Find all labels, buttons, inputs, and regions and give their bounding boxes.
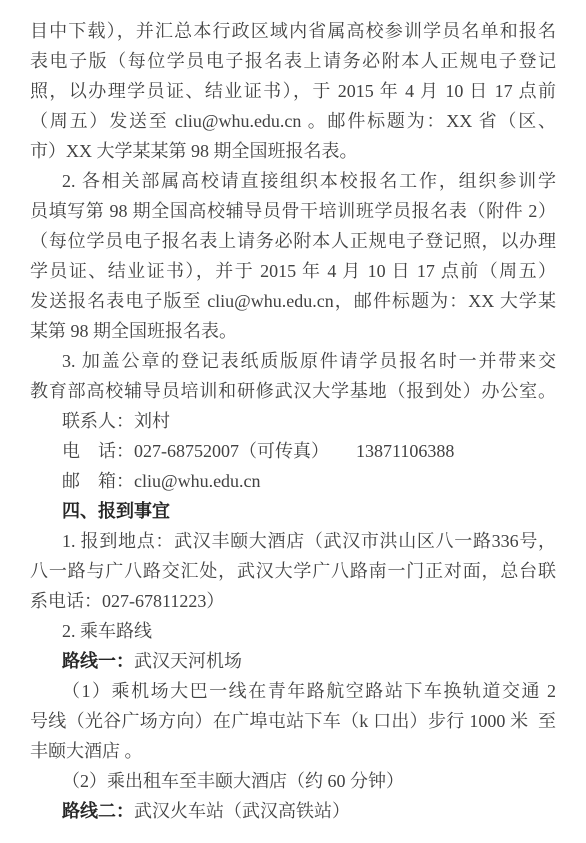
text-line: （每位学员电子报名表上请务必附本人正规电子登记照，以办理 (30, 226, 556, 256)
route-2-line: 路线二：武汉火车站（武汉高铁站） (30, 796, 556, 826)
text-line: 某第 98 期全国班报名表。 (30, 316, 556, 346)
text-run: 某第 98 期全国班报名表。 (30, 321, 237, 341)
text-line: 2. 乘车路线 (30, 616, 556, 646)
text-line: 八一路与广八路交汇处，武汉大学广八路南一门正对面，总台联 (30, 556, 556, 586)
document-page: 目中下载），并汇总本行政区域内省属高校参训学员名单和报名表电子版（每位学员电子报… (0, 0, 586, 843)
route-2-label: 路线二： (62, 801, 134, 821)
bold-text-run: 四、报到事宜 (62, 501, 170, 521)
text-run: 员填写第 98 期全国高校辅导员骨干培训班学员报名表（附件 2） (30, 201, 556, 221)
text-line: 3. 加盖公章的登记表纸质版原件请学员报名时一并带来交 (30, 346, 556, 376)
text-run: 照，以办理学员证、结业证书），于 2015 年 4 月 10 日 17 点前 (30, 81, 556, 101)
contact-person-line: 联系人：刘村 (30, 406, 556, 436)
document-body: 目中下载），并汇总本行政区域内省属高校参训学员名单和报名表电子版（每位学员电子报… (30, 16, 556, 826)
section-heading-4: 四、报到事宜 (30, 496, 556, 526)
text-run: 八一路与广八路交汇处，武汉大学广八路南一门正对面，总台联 (30, 561, 556, 581)
text-line: （周五）发送至 cliu@whu.edu.cn 。邮件标题为：XX 省（区、 (30, 106, 556, 136)
text-run: 系电话：027-67811223） (30, 591, 224, 611)
text-run: 邮 箱：cliu@whu.edu.cn (62, 471, 261, 491)
text-line: 发送报名表电子版至 cliu@whu.edu.cn，邮件标题为：XX 大学某 (30, 286, 556, 316)
text-run: 号线（光谷广场方向）在广埠屯站下车（k 口出）步行 1000 米 至 (30, 711, 556, 731)
text-line: 员填写第 98 期全国高校辅导员骨干培训班学员报名表（附件 2） (30, 196, 556, 226)
text-run: 丰颐大酒店 。 (30, 741, 143, 761)
text-run: （2）乘出租车至丰颐大酒店（约 60 分钟） (62, 771, 404, 791)
text-run: 联系人：刘村 (62, 411, 170, 431)
text-line: 表电子版（每位学员电子报名表上请务必附本人正规电子登记 (30, 46, 556, 76)
text-line: 2. 各相关部属高校请直接组织本校报名工作，组织参训学 (30, 166, 556, 196)
text-line: 教育部高校辅导员培训和研修武汉大学基地（报到处）办公室。 (30, 376, 556, 406)
text-run: 学员证、结业证书），并于 2015 年 4 月 10 日 17 点前（周五） (30, 261, 556, 281)
text-line: 学员证、结业证书），并于 2015 年 4 月 10 日 17 点前（周五） (30, 256, 556, 286)
route-1-line: 路线一：武汉天河机场 (30, 646, 556, 676)
text-line: 系电话：027-67811223） (30, 586, 556, 616)
text-run: （1）乘机场大巴一线在青年路航空路站下车换轨道交通 2 (62, 681, 556, 701)
text-run: 武汉天河机场 (134, 651, 242, 671)
text-run: 目中下载），并汇总本行政区域内省属高校参训学员名单和报名 (30, 21, 556, 41)
contact-phone-line: 电 话：027-68752007（可传真） 13871106388 (30, 436, 556, 466)
text-line: （2）乘出租车至丰颐大酒店（约 60 分钟） (30, 766, 556, 796)
text-line: 丰颐大酒店 。 (30, 736, 556, 766)
text-run: 市）XX 大学某某第 98 期全国班报名表。 (30, 141, 358, 161)
text-run: 武汉火车站（武汉高铁站） (134, 801, 350, 821)
text-run: （周五）发送至 cliu@whu.edu.cn 。邮件标题为：XX 省（区、 (30, 111, 556, 131)
text-line: 1. 报到地点：武汉丰颐大酒店（武汉市洪山区八一路336号， (30, 526, 556, 556)
text-run: 电 话：027-68752007（可传真） 13871106388 (62, 441, 454, 461)
text-line: 市）XX 大学某某第 98 期全国班报名表。 (30, 136, 556, 166)
text-run: 表电子版（每位学员电子报名表上请务必附本人正规电子登记 (30, 51, 556, 71)
text-run: 3. 加盖公章的登记表纸质版原件请学员报名时一并带来交 (62, 351, 556, 371)
text-run: （每位学员电子报名表上请务必附本人正规电子登记照，以办理 (30, 231, 556, 251)
contact-email-line: 邮 箱：cliu@whu.edu.cn (30, 466, 556, 496)
text-line: 号线（光谷广场方向）在广埠屯站下车（k 口出）步行 1000 米 至 (30, 706, 556, 736)
text-run: 发送报名表电子版至 cliu@whu.edu.cn，邮件标题为：XX 大学某 (30, 291, 556, 311)
text-run: 2. 乘车路线 (62, 621, 152, 641)
text-run: 教育部高校辅导员培训和研修武汉大学基地（报到处）办公室。 (30, 381, 556, 401)
text-run: 1. 报到地点：武汉丰颐大酒店（武汉市洪山区八一路336号， (62, 531, 556, 551)
route-1-label: 路线一： (62, 651, 134, 671)
text-line: 目中下载），并汇总本行政区域内省属高校参训学员名单和报名 (30, 16, 556, 46)
text-line: （1）乘机场大巴一线在青年路航空路站下车换轨道交通 2 (30, 676, 556, 706)
text-line: 照，以办理学员证、结业证书），于 2015 年 4 月 10 日 17 点前 (30, 76, 556, 106)
text-run: 2. 各相关部属高校请直接组织本校报名工作，组织参训学 (62, 171, 556, 191)
